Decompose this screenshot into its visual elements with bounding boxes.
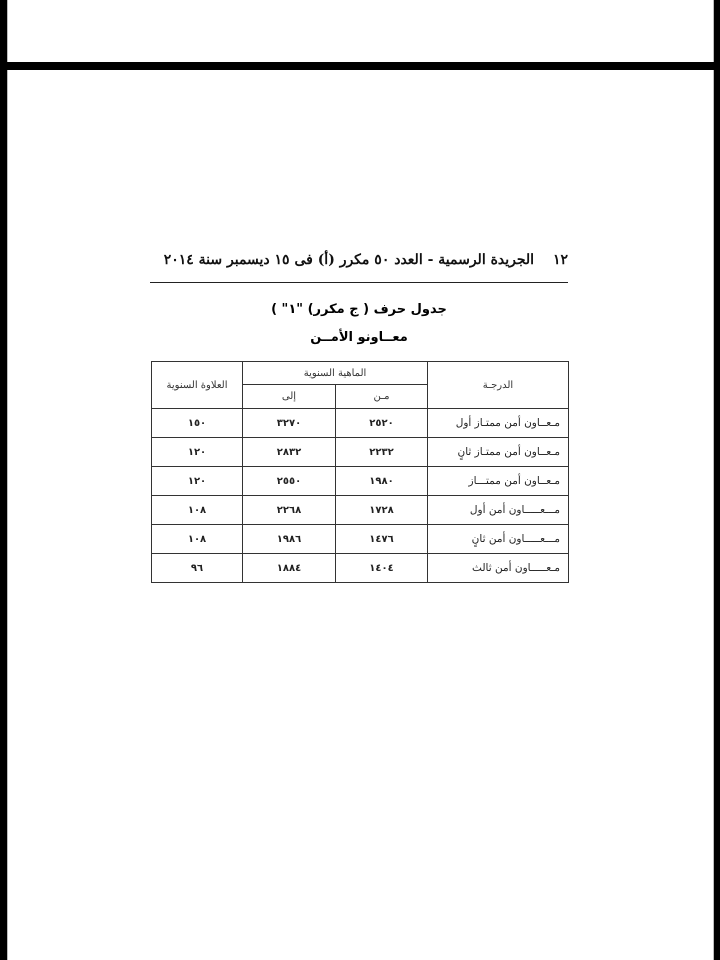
header-divider bbox=[150, 282, 568, 283]
header-annual-increment: العلاوة السنوية bbox=[152, 362, 243, 409]
salary-from-cell: ٢٥٢٠ bbox=[336, 409, 428, 438]
page-number: ١٢ bbox=[553, 248, 568, 272]
running-header: ١٢ الجريدة الرسمية - العدد ٥٠ مكرر (أ) ف… bbox=[150, 248, 568, 272]
previous-page-edge bbox=[7, 0, 714, 62]
salary-grades-table: الدرجـة الماهية السنوية العلاوة السنوية … bbox=[151, 361, 569, 583]
scan-frame: ١٢ الجريدة الرسمية - العدد ٥٠ مكرر (أ) ف… bbox=[0, 0, 720, 960]
grade-cell: مـعـــــاون أمن ثالث bbox=[428, 554, 569, 583]
gazette-issue-line: الجريدة الرسمية - العدد ٥٠ مكرر (أ) فى ١… bbox=[164, 252, 534, 268]
salary-to-cell: ٢٨٣٢ bbox=[243, 438, 336, 467]
table-row: مـــعـــــاون أمن ثانٍ ١٤٧٦ ١٩٨٦ ١٠٨ bbox=[152, 525, 569, 554]
grade-cell: مـعــاون أمن ممتـــاز bbox=[428, 467, 569, 496]
table-row: مـعـــــاون أمن ثالث ١٤٠٤ ١٨٨٤ ٩٦ bbox=[152, 554, 569, 583]
table-row: مـعــاون أمن ممتـاز ثانٍ ٢٢٣٢ ٢٨٣٢ ١٢٠ bbox=[152, 438, 569, 467]
increment-cell: ١٠٨ bbox=[152, 525, 243, 554]
salary-to-cell: ١٨٨٤ bbox=[243, 554, 336, 583]
increment-cell: ١٠٨ bbox=[152, 496, 243, 525]
increment-cell: ١٢٠ bbox=[152, 467, 243, 496]
header-annual-salary: الماهية السنوية bbox=[243, 362, 428, 385]
salary-to-cell: ١٩٨٦ bbox=[243, 525, 336, 554]
salary-from-cell: ١٤٧٦ bbox=[336, 525, 428, 554]
salary-to-cell: ٢٥٥٠ bbox=[243, 467, 336, 496]
grade-cell: مـــعـــــاون أمن أول bbox=[428, 496, 569, 525]
table-row: مـعــاون أمن ممتـاز أول ٢٥٢٠ ٣٢٧٠ ١٥٠ bbox=[152, 409, 569, 438]
grade-cell: مـــعـــــاون أمن ثانٍ bbox=[428, 525, 569, 554]
increment-cell: ١٥٠ bbox=[152, 409, 243, 438]
grade-cell: مـعــاون أمن ممتـاز أول bbox=[428, 409, 569, 438]
salary-from-cell: ٢٢٣٢ bbox=[336, 438, 428, 467]
increment-cell: ١٢٠ bbox=[152, 438, 243, 467]
header-from: مـن bbox=[336, 385, 428, 409]
salary-from-cell: ١٧٢٨ bbox=[336, 496, 428, 525]
salary-from-cell: ١٤٠٤ bbox=[336, 554, 428, 583]
table-title: جدول حرف ( ج مكرر) "١" ) bbox=[150, 300, 568, 320]
increment-cell: ٩٦ bbox=[152, 554, 243, 583]
salary-from-cell: ١٩٨٠ bbox=[336, 467, 428, 496]
grade-cell: مـعــاون أمن ممتـاز ثانٍ bbox=[428, 438, 569, 467]
salary-to-cell: ٢٢٦٨ bbox=[243, 496, 336, 525]
header-grade: الدرجـة bbox=[428, 362, 569, 409]
table-row: مـــعـــــاون أمن أول ١٧٢٨ ٢٢٦٨ ١٠٨ bbox=[152, 496, 569, 525]
salary-to-cell: ٣٢٧٠ bbox=[243, 409, 336, 438]
table-subtitle: معــاونو الأمــن bbox=[150, 328, 568, 348]
header-to: إلى bbox=[243, 385, 336, 409]
table-row: مـعــاون أمن ممتـــاز ١٩٨٠ ٢٥٥٠ ١٢٠ bbox=[152, 467, 569, 496]
